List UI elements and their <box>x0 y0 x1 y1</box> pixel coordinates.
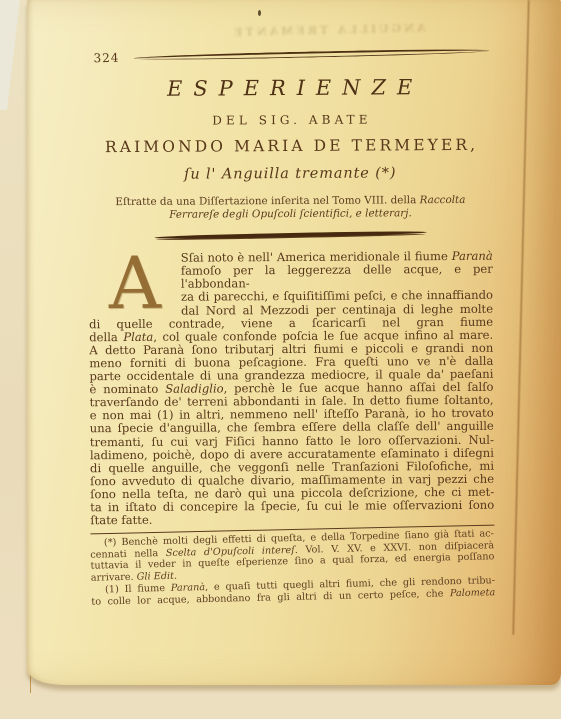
dropcap-initial: A <box>89 252 181 317</box>
header-showthrough: ANGUILLA TREMANTE <box>203 21 453 40</box>
article-author: RAIMONDO MARIA DE TERMEYER, <box>88 136 492 156</box>
text-line: Ferrareſe degli Opuſcoli ſcientifici, e … <box>88 206 492 221</box>
text-line: Eſtratte da una Diſſertazione inſerita n… <box>88 194 492 209</box>
article-title: ESPERIENZE <box>88 75 492 101</box>
running-header: 324 <box>87 43 491 66</box>
article-subtitle-rank: DEL SIG. ABATE <box>88 112 492 128</box>
page-number: 324 <box>93 51 119 66</box>
source-citation: Eſtratte da una Diſſertazione inſerita n… <box>88 194 492 222</box>
page-content: ANGUILLA TREMANTE 324 ESPERIENZE DEL SIG… <box>87 0 495 605</box>
footnotes: (*) Benchè molti degli effetti di queſta… <box>90 528 496 608</box>
gutter-crease <box>512 0 530 635</box>
body-text: A Sſai noto è nell' America meridionale … <box>89 250 495 527</box>
book-photo: ANGUILLA TREMANTE 324 ESPERIENZE DEL SIG… <box>0 0 561 719</box>
article-subject: ſu l' Anguilla tremante (*) <box>88 165 492 183</box>
header-rule <box>133 48 489 62</box>
book-page: ANGUILLA TREMANTE 324 ESPERIENZE DEL SIG… <box>27 0 561 685</box>
section-divider-rule <box>155 230 427 239</box>
